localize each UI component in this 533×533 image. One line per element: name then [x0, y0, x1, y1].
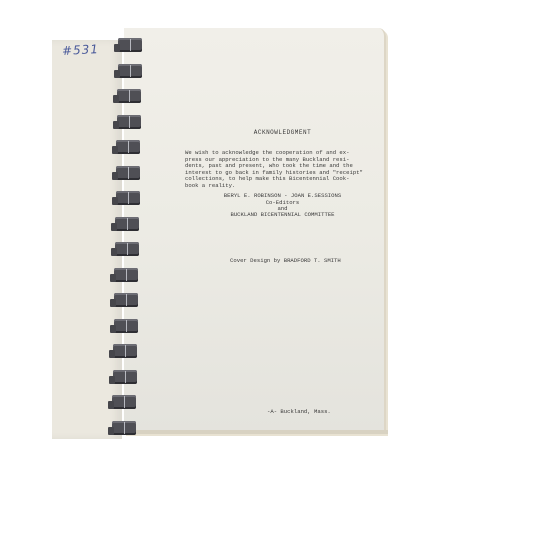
- spiral-ring: [117, 115, 141, 129]
- ring-hook: [111, 248, 117, 256]
- spiral-ring: [116, 191, 140, 205]
- ring-hook: [109, 350, 115, 358]
- spiral-ring: [115, 242, 139, 256]
- body-line: book a reality.: [185, 183, 360, 190]
- spiral-ring: [114, 319, 138, 333]
- spiral-ring: [116, 140, 140, 154]
- page-title: ACKNOWLEDGMENT: [180, 130, 385, 137]
- spiral-ring: [116, 166, 140, 180]
- spiral-ring: [118, 38, 142, 52]
- ring-hook: [113, 95, 119, 103]
- ring-hook: [110, 325, 116, 333]
- ring-hook: [110, 274, 116, 282]
- spiral-ring: [118, 64, 142, 78]
- ring-hook: [114, 70, 120, 78]
- acknowledgment-body: We wish to acknowledge the cooperation o…: [185, 150, 360, 189]
- page-footer: -A- Buckland, Mass.: [267, 408, 331, 415]
- handwritten-catalog-number: #531: [62, 42, 100, 58]
- spiral-ring: [113, 344, 137, 358]
- spiral-ring: [114, 268, 138, 282]
- ring-hook: [114, 44, 120, 52]
- ring-hook: [110, 299, 116, 307]
- ring-hook: [112, 197, 118, 205]
- spiral-binding: [108, 34, 142, 444]
- ring-hook: [112, 146, 118, 154]
- ring-hook: [112, 172, 118, 180]
- committee-name: BUCKLAND BICENTENNIAL COMMITTEE: [180, 212, 385, 219]
- spiral-ring: [115, 217, 139, 231]
- spiral-ring: [113, 370, 137, 384]
- spiral-ring: [112, 395, 136, 409]
- ring-hook: [111, 223, 117, 231]
- spiral-ring: [114, 293, 138, 307]
- spiral-ring: [117, 89, 141, 103]
- page-stack-edge: [126, 430, 388, 434]
- ring-hook: [113, 121, 119, 129]
- ring-hook: [108, 401, 114, 409]
- cover-design-credit: Cover Design by BRADFORD T. SMITH: [230, 257, 341, 264]
- ring-hook: [108, 427, 114, 435]
- right-page: [124, 28, 386, 434]
- spiral-ring: [112, 421, 136, 435]
- ring-hook: [109, 376, 115, 384]
